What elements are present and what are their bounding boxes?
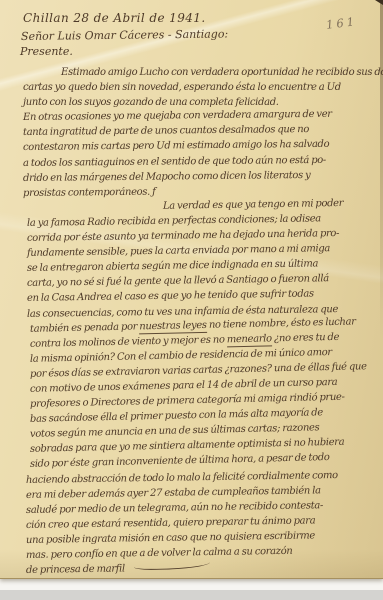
scanned-letter: 161 Chillan 28 de Abril de 1941. Señor L…: [0, 0, 383, 600]
underlined-words: nuestras leyes: [139, 319, 207, 333]
scan-background-white: [0, 579, 383, 590]
letter-line: Estimado amigo Lucho con verdadera oport…: [23, 65, 379, 80]
recipient-line: Señor Luis Omar Cáceres - Santiago:: [21, 26, 379, 43]
date-line: Chillan 28 de Abril de 1941.: [23, 11, 379, 25]
letter-paper: 161 Chillan 28 de Abril de 1941. Señor L…: [0, 0, 383, 579]
pen-flourish: [134, 561, 210, 570]
letter-line: cartas yo quedo bien sin novedad, espera…: [23, 80, 379, 95]
letter-text: Chillan 28 de Abril de 1941. Señor Luis …: [23, 11, 379, 578]
salutation-line: Presente.: [20, 45, 379, 58]
letter-body: Estimado amigo Lucho con verdadera oport…: [23, 65, 379, 578]
underlined-words: menearlo: [227, 333, 272, 347]
scan-background-gray: [0, 590, 383, 600]
